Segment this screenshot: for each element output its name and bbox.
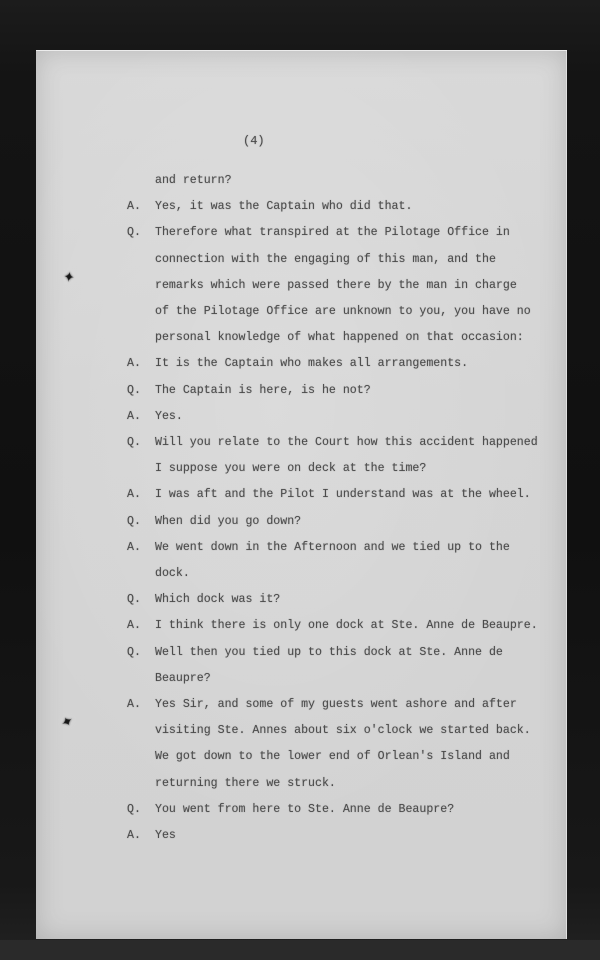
entry-lines: When did you go down? <box>155 509 557 535</box>
speaker-label: Q. <box>127 640 155 666</box>
speaker-label: A. <box>127 613 155 639</box>
entry-lines: We went down in the Afternoon and we tie… <box>155 535 557 587</box>
speaker-label: Q. <box>127 378 155 404</box>
transcript-entry: A. Yes, it was the Captain who did that. <box>127 194 557 220</box>
transcript-line: I was aft and the Pilot I understand was… <box>155 482 557 508</box>
ink-blot-icon: ✦ <box>62 264 76 289</box>
transcript-entry: Q. You went from here to Ste. Anne de Be… <box>127 797 557 823</box>
transcript-line: We went down in the Afternoon and we tie… <box>155 535 557 561</box>
transcript-line: personal knowledge of what happened on t… <box>155 325 557 351</box>
speaker-label: A. <box>127 194 155 220</box>
speaker-label: A. <box>127 351 155 377</box>
entry-lines: Therefore what transpired at the Pilotag… <box>155 220 557 351</box>
entry-lines: Which dock was it? <box>155 587 557 613</box>
entry-lines: Yes, it was the Captain who did that. <box>155 194 557 220</box>
transcript-line: Yes <box>155 823 557 849</box>
transcript-line: Yes, it was the Captain who did that. <box>155 194 557 220</box>
transcript-line: Which dock was it? <box>155 587 557 613</box>
speaker-label: Q. <box>127 220 155 246</box>
transcript-line: Yes Sir, and some of my guests went asho… <box>155 692 557 718</box>
document-page: (4) ✦ ✦ and return? A. Yes, it was the C… <box>36 50 567 939</box>
transcript-entry: Q. Will you relate to the Court how this… <box>127 430 557 482</box>
transcript-line: remarks which were passed there by the m… <box>155 273 557 299</box>
speaker-label: A. <box>127 482 155 508</box>
entry-lines: Will you relate to the Court how this ac… <box>155 430 557 482</box>
transcript-line: dock. <box>155 561 557 587</box>
transcript-line: returning there we struck. <box>155 771 557 797</box>
transcript-line: It is the Captain who makes all arrangem… <box>155 351 557 377</box>
transcript-entry: Q. Which dock was it? <box>127 587 557 613</box>
transcript-entry: A. Yes Sir, and some of my guests went a… <box>127 692 557 797</box>
entry-lines: I think there is only one dock at Ste. A… <box>155 613 557 639</box>
entry-lines: Yes. <box>155 404 557 430</box>
speaker-label: Q. <box>127 430 155 456</box>
speaker-label: A. <box>127 692 155 718</box>
speaker-label: A. <box>127 404 155 430</box>
speaker-label: Q. <box>127 587 155 613</box>
transcript-line: Therefore what transpired at the Pilotag… <box>155 220 557 246</box>
transcript-line: connection with the engaging of this man… <box>155 247 557 273</box>
transcript-entry: Q. Well then you tied up to this dock at… <box>127 640 557 692</box>
entry-lines: The Captain is here, is he not? <box>155 378 557 404</box>
speaker-label: A. <box>127 823 155 849</box>
transcript-entry: A. Yes. <box>127 404 557 430</box>
entry-lines: Well then you tied up to this dock at St… <box>155 640 557 692</box>
transcript-entry: and return? <box>127 168 557 194</box>
transcript-entry: A. I was aft and the Pilot I understand … <box>127 482 557 508</box>
scan-bottom-band <box>0 940 600 960</box>
entry-lines: You went from here to Ste. Anne de Beaup… <box>155 797 557 823</box>
transcript-entry: A. We went down in the Afternoon and we … <box>127 535 557 587</box>
transcript-line: Well then you tied up to this dock at St… <box>155 640 557 666</box>
entry-lines: and return? <box>155 168 557 194</box>
entry-lines: I was aft and the Pilot I understand was… <box>155 482 557 508</box>
ink-blot-icon: ✦ <box>57 709 78 733</box>
transcript-line: Beaupre? <box>155 666 557 692</box>
entry-lines: Yes <box>155 823 557 849</box>
transcript-line: visiting Ste. Annes about six o'clock we… <box>155 718 557 744</box>
transcript-line: You went from here to Ste. Anne de Beaup… <box>155 797 557 823</box>
transcript-entry: A. It is the Captain who makes all arran… <box>127 351 557 377</box>
transcript-line: I think there is only one dock at Ste. A… <box>155 613 557 639</box>
transcript-line: We got down to the lower end of Orlean's… <box>155 744 557 770</box>
entry-lines: It is the Captain who makes all arrangem… <box>155 351 557 377</box>
transcript-entry: A. Yes <box>127 823 557 849</box>
speaker-label: Q. <box>127 509 155 535</box>
scan-backdrop: (4) ✦ ✦ and return? A. Yes, it was the C… <box>0 0 600 960</box>
speaker-label: A. <box>127 535 155 561</box>
transcript-line: Will you relate to the Court how this ac… <box>155 430 557 456</box>
transcript-line: of the Pilotage Office are unknown to yo… <box>155 299 557 325</box>
transcript-line: and return? <box>155 168 557 194</box>
transcript-body: and return? A. Yes, it was the Captain w… <box>127 168 557 849</box>
transcript-entry: Q. The Captain is here, is he not? <box>127 378 557 404</box>
entry-lines: Yes Sir, and some of my guests went asho… <box>155 692 557 797</box>
transcript-entry: Q. When did you go down? <box>127 509 557 535</box>
speaker-label: Q. <box>127 797 155 823</box>
page-number: (4) <box>243 134 265 148</box>
transcript-line: The Captain is here, is he not? <box>155 378 557 404</box>
transcript-line: I suppose you were on deck at the time? <box>155 456 557 482</box>
transcript-entry: A. I think there is only one dock at Ste… <box>127 613 557 639</box>
transcript-entry: Q. Therefore what transpired at the Pilo… <box>127 220 557 351</box>
transcript-line: Yes. <box>155 404 557 430</box>
transcript-line: When did you go down? <box>155 509 557 535</box>
